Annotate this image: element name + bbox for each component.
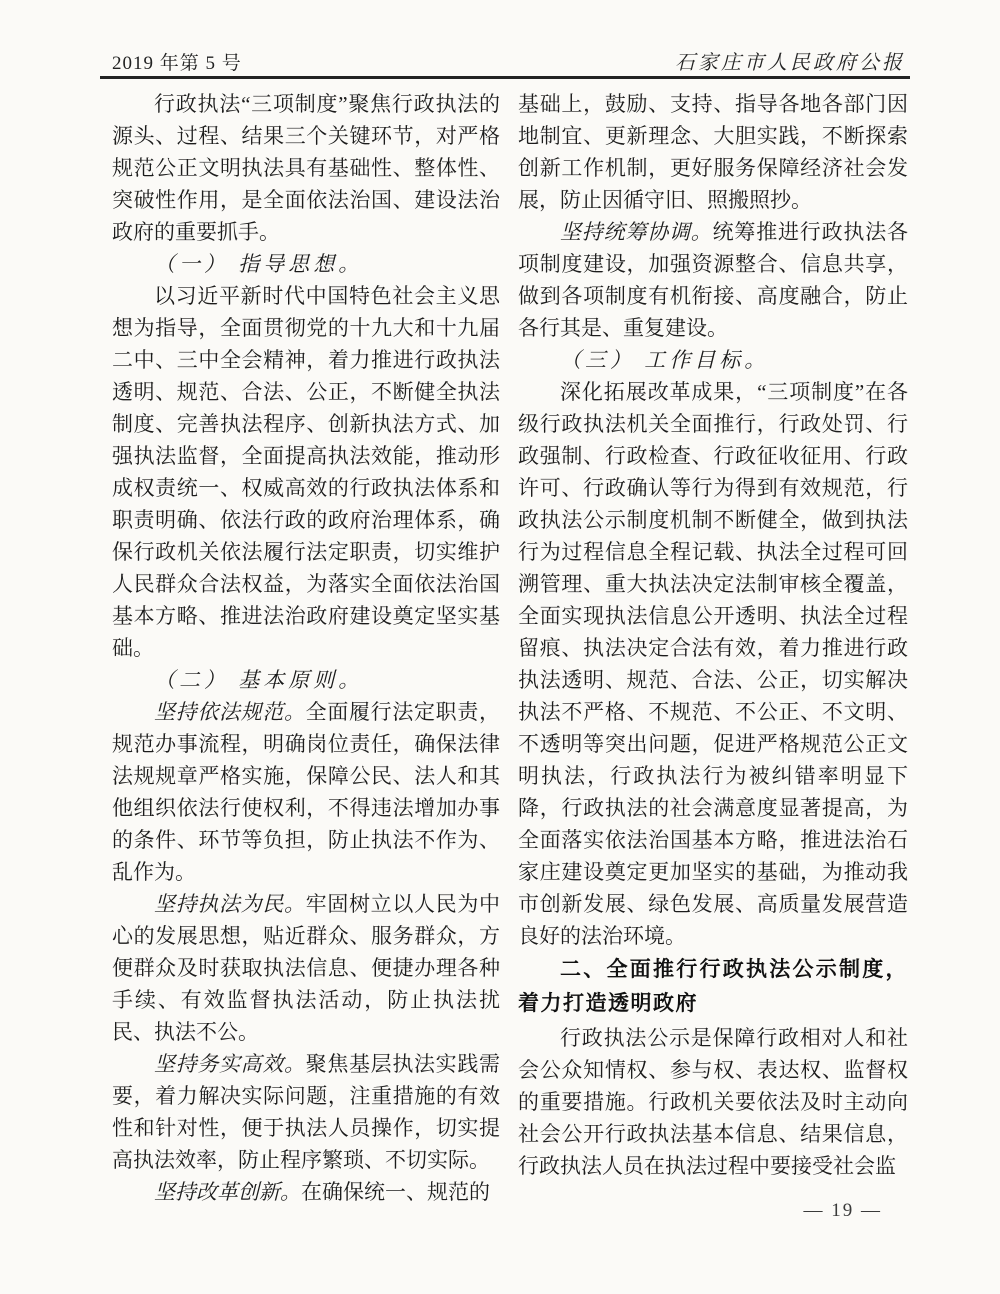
paragraph: 坚持务实高效。聚焦基层执法实践需要，着力解决实际问题，注重措施的有效性和针对性，…	[112, 1048, 500, 1176]
lead-phrase: 坚持执法为民。	[154, 892, 306, 916]
lead-phrase: 坚持改革创新。	[154, 1180, 301, 1204]
lead-phrase: 坚持统筹协调。	[560, 220, 713, 244]
paragraph: 深化拓展改革成果，“三项制度”在各级行政执法机关全面推行，行政处罚、行政强制、行…	[518, 376, 908, 952]
lead-phrase: 坚持务实高效。	[154, 1052, 306, 1076]
paragraph: 以习近平新时代中国特色社会主义思想为指导，全面贯彻党的十九大和十九届二中、三中全…	[112, 280, 500, 664]
paragraph-continued: 基础上，鼓励、支持、指导各地各部门因地制宜、更新理念、大胆实践，不断探索创新工作…	[518, 88, 908, 216]
column-left: 行政执法“三项制度”聚焦行政执法的源头、过程、结果三个关键环节，对严格规范公正文…	[112, 88, 500, 1208]
paragraph: 行政执法公示是保障行政相对人和社会公众知情权、参与权、表达权、监督权的重要措施。…	[518, 1022, 908, 1182]
lead-phrase: 坚持依法规范。	[154, 700, 306, 724]
paragraph: 坚持依法规范。全面履行法定职责，规范办事流程，明确岗位责任，确保法律法规规章严格…	[112, 696, 500, 888]
gazette-page: 2019 年第 5 号 石家庄市人民政府公报 行政执法“三项制度”聚焦行政执法的…	[0, 0, 1000, 1294]
gazette-title: 石家庄市人民政府公报	[675, 46, 905, 75]
paragraph: 坚持统筹协调。统筹推进行政执法各项制度建设，加强资源整合、信息共享，做到各项制度…	[518, 216, 908, 344]
sub-heading: （二） 基本原则。	[112, 664, 500, 696]
sub-heading: （一） 指导思想。	[112, 248, 500, 280]
issue-label: 2019 年第 5 号	[112, 48, 242, 75]
sub-heading: （三） 工作目标。	[518, 344, 908, 376]
paragraph: 行政执法“三项制度”聚焦行政执法的源头、过程、结果三个关键环节，对严格规范公正文…	[112, 88, 500, 248]
page-header: 2019 年第 5 号 石家庄市人民政府公报	[112, 46, 905, 75]
paragraph: 坚持改革创新。在确保统一、规范的	[112, 1176, 500, 1208]
column-right: 基础上，鼓励、支持、指导各地各部门因地制宜、更新理念、大胆实践，不断探索创新工作…	[518, 88, 908, 1182]
section-heading: 二、全面推行行政执法公示制度，着力打造透明政府	[518, 953, 908, 1021]
header-rule	[100, 76, 910, 79]
page-number: — 19 —	[804, 1200, 883, 1222]
paragraph: 坚持执法为民。牢固树立以人民为中心的发展思想，贴近群众、服务群众，方便群众及时获…	[112, 888, 500, 1048]
